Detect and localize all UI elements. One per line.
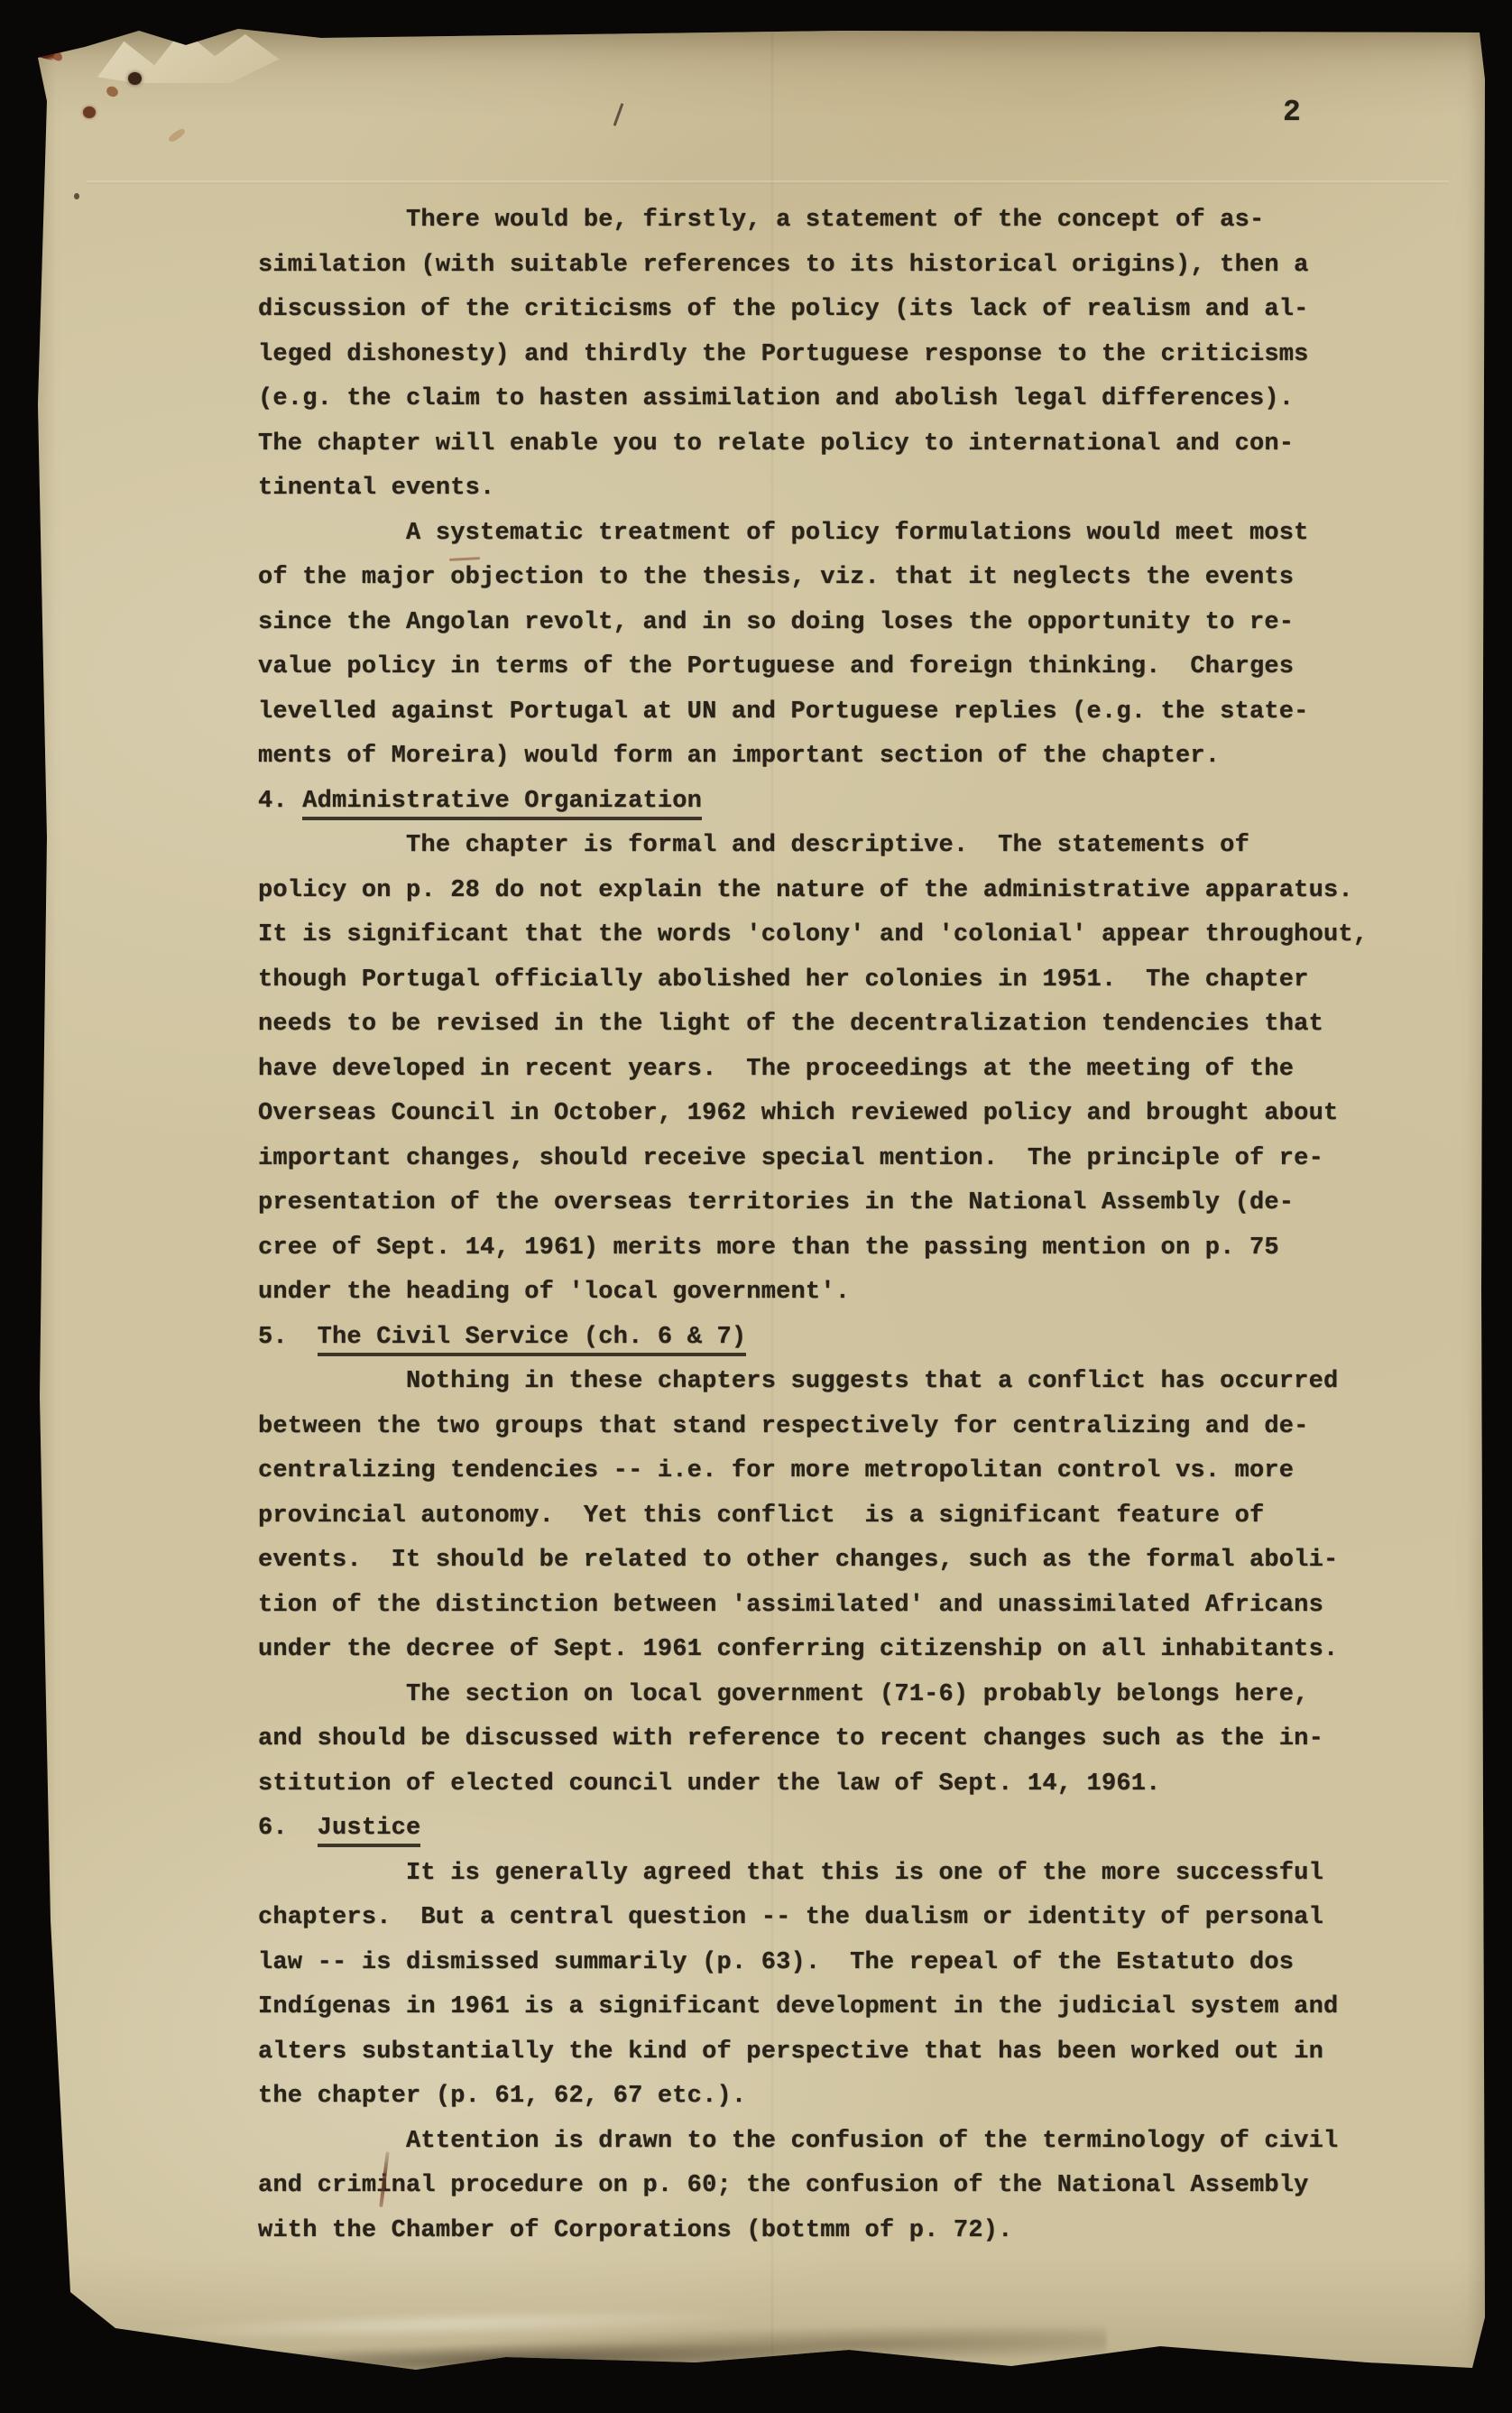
heading-number: 5. (258, 1324, 318, 1351)
text-line: and should be discussed with reference t… (258, 1717, 1422, 1762)
page-number: 2 (1283, 96, 1301, 129)
text-line: between the two groups that stand respec… (258, 1405, 1422, 1450)
section-heading: 4. Administrative Organization (258, 780, 1422, 825)
paper-crease (87, 180, 1449, 184)
heading-title: Administrative Organization (302, 788, 702, 820)
text-line: Indígenas in 1961 is a significant devel… (258, 1985, 1422, 2030)
text-line: chapters. But a central question -- the … (258, 1896, 1422, 1941)
section-heading: 6. Justice (258, 1807, 1422, 1852)
text-line: and criminal procedure on p. 60; the con… (258, 2164, 1422, 2209)
text-line: tion of the distinction between 'assimil… (258, 1584, 1422, 1629)
text-line: discussion of the criticisms of the poli… (258, 288, 1422, 333)
text-line: provincial autonomy. Yet this conflict i… (258, 1494, 1422, 1539)
text-line: Overseas Council in October, 1962 which … (258, 1092, 1422, 1137)
heading-number: 6. (258, 1815, 318, 1842)
section-heading: 5. The Civil Service (ch. 6 & 7) (258, 1316, 1422, 1361)
text-line: have developed in recent years. The proc… (258, 1048, 1422, 1093)
text-line: stitution of elected council under the l… (258, 1762, 1422, 1807)
text-line: of the major objection to the thesis, vi… (258, 556, 1422, 601)
text-line: The chapter will enable you to relate po… (258, 422, 1422, 467)
text-line: law -- is dismissed summarily (p. 63). T… (258, 1941, 1422, 1986)
text-line: tinental events. (258, 467, 1422, 512)
text-line: There would be, firstly, a statement of … (258, 199, 1422, 244)
text-line: leged dishonesty) and thirdly the Portug… (258, 333, 1422, 378)
text-line: centralizing tendencies -- i.e. for more… (258, 1449, 1422, 1494)
paper-sheet: 2 There would be, firstly, a statement o… (32, 25, 1485, 2373)
text-line: It is significant that the words 'colony… (258, 913, 1422, 958)
text-line: value policy in terms of the Portuguese … (258, 645, 1422, 690)
text-line: though Portugal officially abolished her… (258, 958, 1422, 1003)
text-line: the chapter (p. 61, 62, 67 etc.). (258, 2075, 1422, 2120)
text-line: ments of Moreira) would form an importan… (258, 735, 1422, 780)
text-line: since the Angolan revolt, and in so doin… (258, 601, 1422, 646)
heading-title: Justice (318, 1815, 421, 1847)
text-line: important changes, should receive specia… (258, 1137, 1422, 1182)
heading-number: 4. (258, 788, 302, 815)
rust-spot (105, 85, 119, 98)
scanned-document-page: { "page": { "number": "2", "lines": [ {"… (0, 0, 1512, 2413)
rust-spot (83, 106, 96, 118)
text-line: levelled against Portugal at UN and Port… (258, 690, 1422, 735)
text-line: policy on p. 28 do not explain the natur… (258, 869, 1422, 914)
text-line: cree of Sept. 14, 1961) merits more than… (258, 1226, 1422, 1271)
heading-title: The Civil Service (ch. 6 & 7) (318, 1324, 747, 1356)
red-stain-small (48, 47, 65, 63)
red-stain (11, 5, 65, 61)
text-line: Nothing in these chapters suggests that … (258, 1360, 1422, 1405)
text-line: The section on local government (71-6) p… (258, 1673, 1422, 1718)
text-line: needs to be revised in the light of the … (258, 1003, 1422, 1048)
stray-mark (613, 103, 624, 125)
text-line: with the Chamber of Corporations (bottmm… (258, 2209, 1422, 2254)
text-line: It is generally agreed that this is one … (258, 1852, 1422, 1897)
speck (74, 193, 79, 199)
text-line: A systematic treatment of policy formula… (258, 512, 1422, 557)
text-line: under the decree of Sept. 1961 conferrin… (258, 1628, 1422, 1673)
text-line: Attention is drawn to the confusion of t… (258, 2120, 1422, 2165)
text-line: alters substantially the kind of perspec… (258, 2030, 1422, 2076)
typewritten-text-block: There would be, firstly, a statement of … (258, 199, 1422, 2253)
torn-corner (97, 23, 287, 83)
text-line: similation (with suitable references to … (258, 244, 1422, 289)
text-line: events. It should be related to other ch… (258, 1539, 1422, 1584)
text-line: presentation of the overseas territories… (258, 1181, 1422, 1226)
text-line: The chapter is formal and descriptive. T… (258, 824, 1422, 869)
text-line: (e.g. the claim to hasten assimilation a… (258, 377, 1422, 422)
smudge (168, 127, 187, 143)
ink-spot (128, 72, 142, 85)
text-line: under the heading of 'local government'. (258, 1271, 1422, 1316)
